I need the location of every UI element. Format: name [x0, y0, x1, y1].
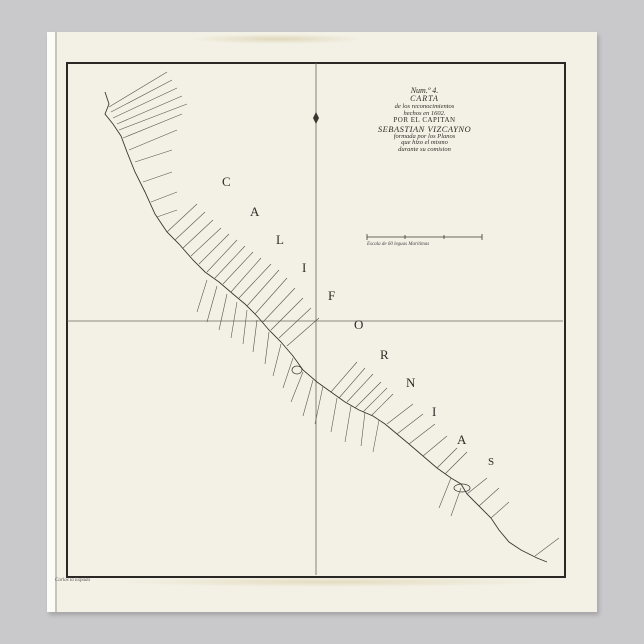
- bay: [292, 366, 302, 374]
- coastline: [105, 92, 547, 562]
- map-poster: Num.º 4. CARTA de los reconocimientos he…: [47, 32, 597, 612]
- region-letter: I: [302, 260, 306, 276]
- region-letter: O: [354, 317, 363, 333]
- map-drawing: [47, 32, 597, 612]
- scale-label: Escala de 60 leguas Maritimas: [367, 242, 429, 247]
- region-letter: S: [488, 456, 494, 468]
- region-letter: A: [457, 432, 466, 448]
- region-letter: I: [432, 404, 436, 420]
- region-letter: N: [406, 375, 415, 391]
- region-letter: A: [250, 204, 259, 220]
- engraver-credit: Carlos la Espada: [55, 578, 90, 583]
- north-arrow-icon: [313, 112, 319, 124]
- scale-bar: [367, 234, 482, 240]
- region-letter: C: [222, 174, 231, 190]
- region-letter: F: [328, 288, 335, 304]
- region-letter: R: [380, 347, 389, 363]
- title-line: durante su comision: [352, 147, 497, 154]
- map-title-block: Num.º 4. CARTA de los reconocimientos he…: [352, 87, 497, 154]
- region-letter: L: [276, 232, 284, 248]
